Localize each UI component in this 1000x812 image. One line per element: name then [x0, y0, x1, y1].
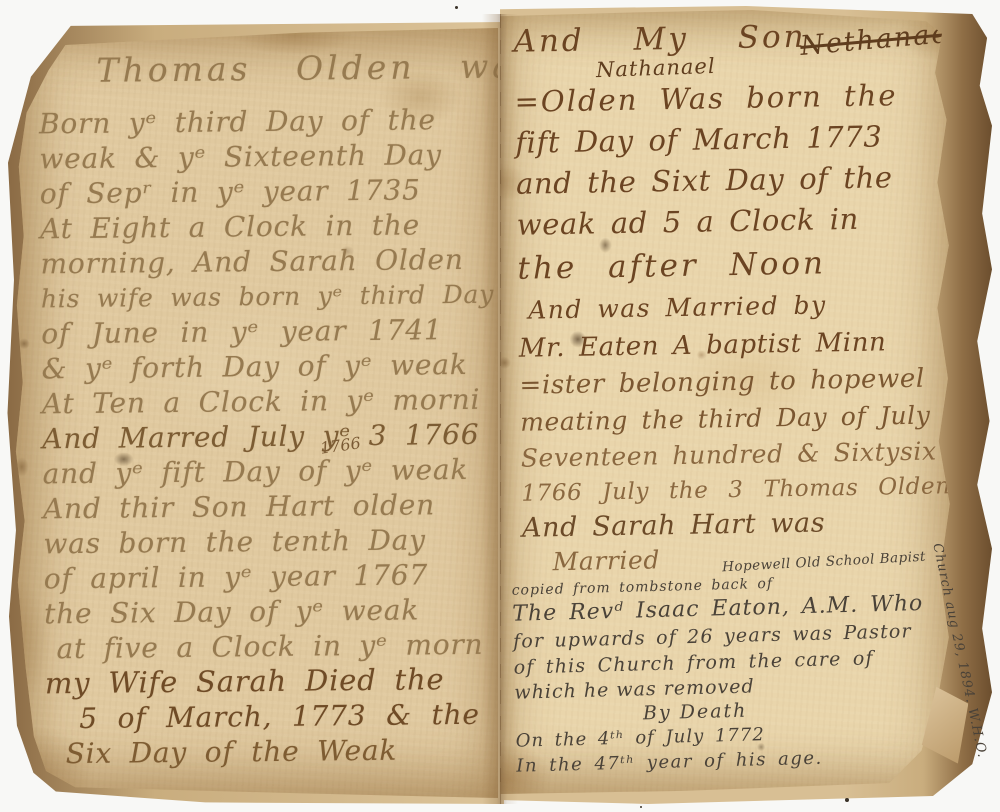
left-page-text-line: & yᵉ forth Day of yᵉ weak: [41, 347, 493, 387]
open-manuscript-book: Thomas Olden wasBorn yᵉ third Day of the…: [0, 0, 1000, 812]
right-page-text-line: and the Sixt Day of the: [516, 156, 949, 205]
photo-backdrop: Thomas Olden wasBorn yᵉ third Day of the…: [0, 0, 1000, 812]
left-page-text-line: and yᵉ fift Day of yᵉ weak: [43, 452, 495, 492]
right-page-text: And My Son=Olden Was born thefift Day of…: [513, 12, 955, 578]
left-page-text-line: at five a Clock in yᵉ morn: [44, 627, 496, 667]
left-page-text-line: of June in yᵉ year 1741: [41, 312, 493, 352]
left-page-text-line: morning, And Sarah Olden: [40, 242, 492, 282]
left-page-text-line: And Marred July yᵉ 3 1766: [42, 417, 494, 457]
left-page-text-line: Thomas Olden was: [38, 42, 490, 97]
left-page-text-line: Born yᵉ third Day of the: [39, 102, 491, 142]
left-page-text-line: Six Day of the Weak: [45, 732, 497, 772]
left-page-text-line: his wife was born yᵉ third Day: [41, 277, 493, 317]
left-page-text-line: the Six Day of yᵉ weak: [44, 592, 496, 632]
dust-speck: [640, 806, 642, 808]
left-page-text-line: my Wife Sarah Died the: [45, 662, 497, 702]
left-page-text-line: And thir Son Hart olden: [43, 487, 495, 527]
dust-speck: [845, 798, 849, 802]
left-page-text-line: of april in yᵉ year 1767: [44, 557, 496, 597]
left-page-text: Thomas Olden wasBorn yᵉ third Day of the…: [38, 42, 498, 772]
left-page-text-line: was born the tenth Day: [43, 522, 495, 562]
inserted-name-correction: Nathanael: [596, 54, 716, 82]
pencil-annotation: copied from tombstone back ofThe Revᵈ Is…: [511, 570, 952, 778]
left-page-text-line: of Sepʳ in yᵉ year 1735: [40, 172, 492, 212]
left-page-text-line: At Ten a Clock in yᵉ morni: [42, 382, 494, 422]
left-page-text-line: 5 of March, 1773 & the: [45, 697, 497, 737]
left-page: Thomas Olden wasBorn yᵉ third Day of the…: [12, 28, 498, 798]
right-page: And My Son=Olden Was born thefift Day of…: [500, 10, 958, 794]
left-page-text-line: At Eight a Clock in the: [40, 207, 492, 247]
right-page-text-line: the after Noon: [517, 238, 950, 292]
left-page-text-line: weak & yᵉ Sixteenth Day: [39, 137, 491, 177]
dust-speck: [455, 6, 458, 9]
